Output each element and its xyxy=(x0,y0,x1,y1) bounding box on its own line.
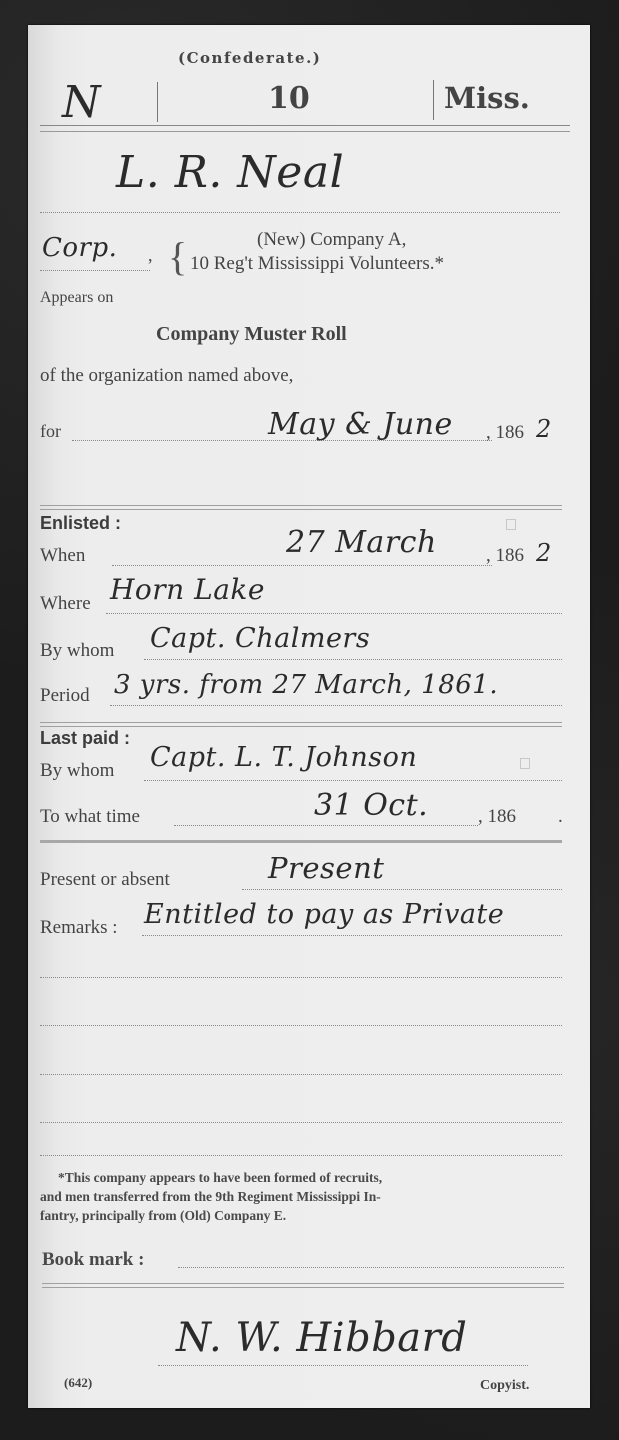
form-number: (642) xyxy=(64,1375,92,1391)
book-mark-line xyxy=(178,1267,564,1268)
regiment-number: 10 xyxy=(268,81,310,116)
for-year-hand: 2 xyxy=(536,415,552,443)
when-label: When xyxy=(40,545,85,567)
period-value: 3 yrs. from 27 March, 1861. xyxy=(114,670,498,700)
paid-by-whom-value: Capt. L. T. Johnson xyxy=(150,742,417,773)
remarks-line-3 xyxy=(40,1025,562,1026)
remarks-value: Entitled to pay as Private xyxy=(144,899,504,930)
section-rule-1 xyxy=(40,505,562,510)
header-rule-top xyxy=(40,125,570,126)
header-divider-right xyxy=(433,80,434,120)
copyist-signature: N. W. Hibbard xyxy=(176,1315,467,1361)
appears-on-label: Appears on xyxy=(40,289,113,307)
regiment-line: 10 Reg't Mississippi Volunteers.* xyxy=(190,253,444,275)
footnote-line-2: and men transferred from the 9th Regimen… xyxy=(40,1189,381,1205)
index-letter: N xyxy=(62,77,101,128)
stamp-mark-icon xyxy=(506,519,516,530)
period-line xyxy=(110,705,562,706)
period-label: Period xyxy=(40,685,90,707)
last-paid-label: Last paid : xyxy=(40,728,130,749)
to-what-time-label: To what time xyxy=(40,806,140,828)
stamp-mark-icon-2 xyxy=(520,758,530,769)
present-absent-line xyxy=(242,889,562,890)
company-brace: { xyxy=(168,233,187,280)
confederate-label: (Confederate.) xyxy=(178,49,321,67)
footer-rule xyxy=(42,1283,564,1288)
section-rule-3 xyxy=(40,840,562,843)
where-line xyxy=(106,613,562,614)
enlisted-by-whom-line xyxy=(144,659,562,660)
remarks-label: Remarks : xyxy=(40,917,118,939)
when-line xyxy=(112,565,492,566)
muster-roll-card: (Confederate.) N 10 Miss. L. R. Neal Cor… xyxy=(28,25,590,1408)
when-value: 27 March xyxy=(286,525,437,560)
present-absent-label: Present or absent xyxy=(40,869,170,891)
for-year-printed: , 186 xyxy=(486,422,524,444)
where-label: Where xyxy=(40,593,91,615)
soldier-name: L. R. Neal xyxy=(116,147,344,198)
present-absent-value: Present xyxy=(268,851,384,885)
to-what-time-year: , 186 xyxy=(478,806,516,828)
header-divider-left xyxy=(157,82,158,122)
remarks-line-4 xyxy=(40,1074,562,1075)
to-what-time-value: 31 Oct. xyxy=(314,788,428,823)
book-mark-label: Book mark : xyxy=(42,1249,144,1271)
enlisted-label: Enlisted : xyxy=(40,513,121,534)
state-label: Miss. xyxy=(444,81,530,115)
section-rule-2 xyxy=(40,722,562,727)
to-what-time-period: . xyxy=(558,806,563,828)
rank-line xyxy=(40,270,150,271)
for-label: for xyxy=(40,421,61,442)
roll-title: Company Muster Roll xyxy=(156,323,347,346)
remarks-line-6 xyxy=(40,1155,562,1156)
name-line xyxy=(40,212,560,213)
enlisted-by-whom-value: Capt. Chalmers xyxy=(150,623,370,654)
paid-by-whom-label: By whom xyxy=(40,760,114,782)
footnote-line-3: fantry, principally from (Old) Company E… xyxy=(40,1208,286,1224)
remarks-line-2 xyxy=(40,977,562,978)
paid-by-whom-line xyxy=(144,780,562,781)
enlisted-by-whom-label: By whom xyxy=(40,640,114,662)
to-what-time-line xyxy=(174,825,478,826)
company-line: (New) Company A, xyxy=(257,229,406,251)
header-rule-bottom xyxy=(40,131,570,132)
remarks-line xyxy=(142,935,562,936)
when-year-hand: 2 xyxy=(536,539,552,567)
remarks-line-5 xyxy=(40,1122,562,1123)
footnote-line-1: *This company appears to have been forme… xyxy=(58,1170,382,1186)
where-value: Horn Lake xyxy=(110,573,265,606)
signature-line xyxy=(158,1365,528,1366)
for-value: May & June xyxy=(268,407,453,442)
rank: Corp. xyxy=(42,233,117,263)
rank-comma: , xyxy=(148,245,153,266)
organization-text: of the organization named above, xyxy=(40,365,293,387)
when-year-printed: , 186 xyxy=(486,545,524,567)
copyist-label: Copyist. xyxy=(480,1378,529,1394)
